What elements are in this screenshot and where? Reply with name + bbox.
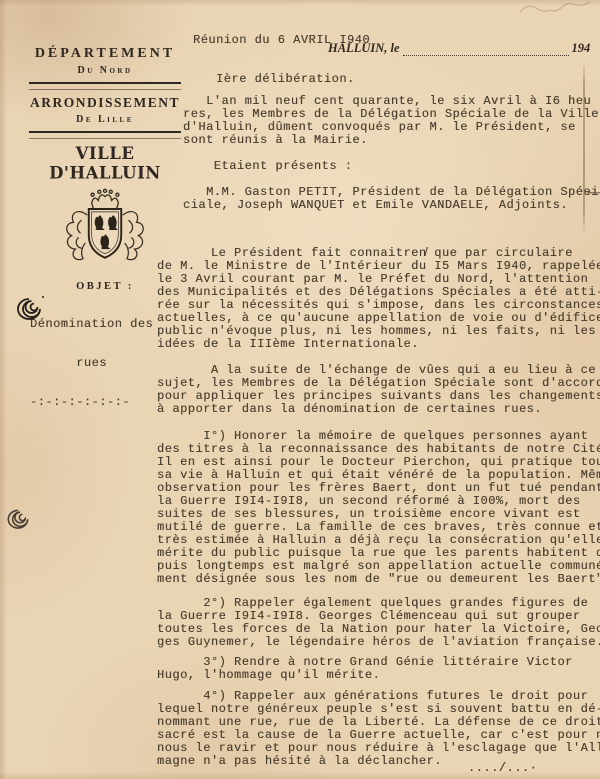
letterhead-divider [29, 131, 181, 139]
ville-halluin-label: VILLE D'HALLUIN [28, 143, 182, 183]
text-line: ciale, Joseph WANQUET et Emile VANDAELE,… [183, 199, 599, 212]
paragraph: 3°) Rendre à notre Grand Génie littérair… [157, 656, 573, 682]
continuation-mark: ..../...· [468, 762, 537, 775]
du-nord-label: Du Nord [28, 65, 182, 76]
paragraph: M.M. Gaston PETIT, Président de la Délég… [183, 186, 599, 212]
date-line: HALLUIN, le 194 [328, 41, 590, 56]
de-lille-label: De Lille [28, 114, 182, 125]
date-place-label: HALLUIN, le [328, 41, 400, 56]
text-line: ges Guynemer, le légendaire héros de l'a… [157, 636, 600, 649]
text-line: à apporter dans la dénomination de certa… [157, 403, 600, 416]
paragraph: L'an mil neuf cent quarante, le six Avri… [183, 95, 599, 147]
coat-of-arms-icon [57, 188, 153, 272]
paragraph: 2°) Rappeler également quelques grandes … [157, 597, 600, 649]
dotted-leader-line [403, 44, 569, 56]
hole-punch-mark [3, 506, 33, 536]
text-line: Etaient présents : [183, 160, 352, 173]
pencil-squiggle-mark [518, 0, 598, 20]
text-line: idées de la IIIème Internationale. [157, 338, 600, 351]
paragraph: 4°) Rappeler aux générations futures le … [157, 690, 600, 768]
text-line: Hugo, l'hommage qu'il mérite. [157, 669, 573, 682]
paragraph: Etaient présents : [183, 160, 352, 173]
letterhead-divider [29, 82, 181, 90]
date-year-label: 194 [572, 41, 591, 56]
paragraph: A la suite de l'échange de vûes qui a eu… [157, 364, 600, 416]
text-line: ment désignée sous les nom de "rue ou de… [157, 573, 600, 586]
paragraph: Le Président fait connaitren̸ que par ci… [157, 247, 600, 351]
departement-label: DÉPARTEMENT [28, 46, 182, 62]
hole-punch-mark [12, 294, 46, 328]
paragraph: I°) Honorer la mémoire de quelques perso… [157, 430, 600, 586]
arrondissement-label: ARRONDISSEMENT [28, 95, 182, 111]
scanned-document-page: Réunion du 6 AVRIL I940 Ière délibératio… [0, 0, 600, 779]
text-line: sont réunis à la Mairie. [183, 134, 599, 147]
deliberation-line: Ière délibération. [193, 73, 370, 86]
